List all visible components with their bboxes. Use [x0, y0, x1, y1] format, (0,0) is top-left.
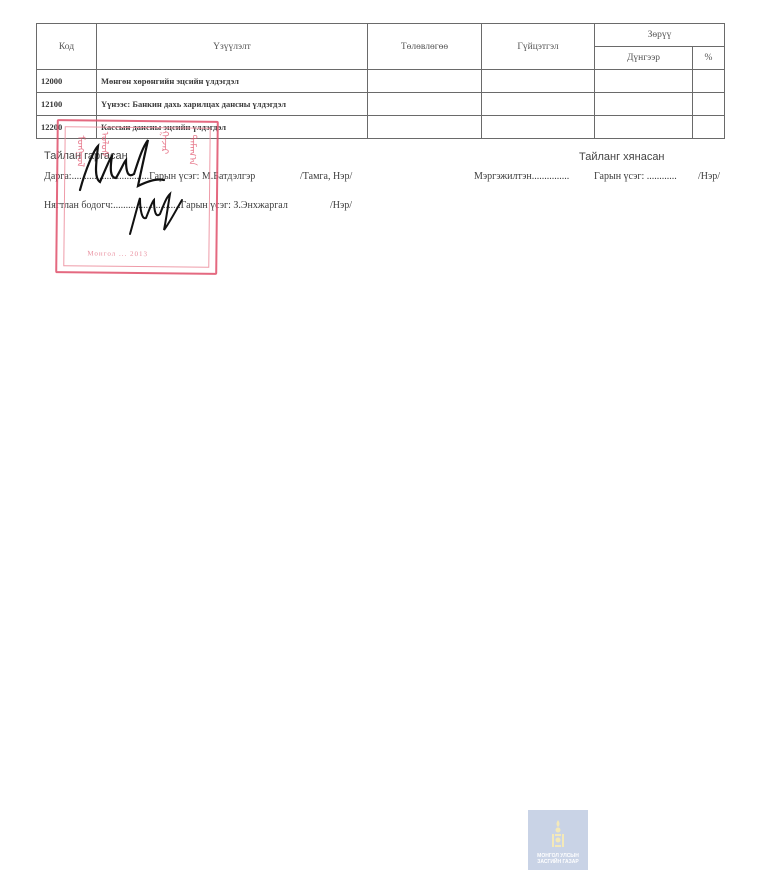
table-row: 12000 Мөнгөн хөрөнгийн эцсийн үлдэгдэл [37, 70, 725, 93]
row-plan [368, 70, 482, 93]
director-signature-icon [76, 138, 166, 198]
logo-text: МОНГОЛ УЛСЫН ЗАСГИЙН ГАЗАР [537, 853, 579, 865]
reviewed-by-title: Тайланг хянасан [579, 151, 665, 163]
row-actual [482, 116, 595, 139]
logo-line-2: ЗАСГИЙН ГАЗАР [537, 859, 579, 865]
row-plan [368, 116, 482, 139]
mongolian-script-icon: ᠲᠠᠮᠠᠭ᠎ᠠ [186, 135, 196, 166]
accountant-signature-icon [126, 190, 186, 240]
government-logo: МОНГОЛ УЛСЫН ЗАСГИЙН ГАЗАР [528, 810, 588, 870]
row-amount [595, 116, 693, 139]
header-difference: Зөрүү [595, 24, 725, 47]
header-plan: Төлөвлөгөө [368, 24, 482, 70]
accountant-suffix: /Нэр/ [330, 200, 352, 211]
header-amount: Дүнгээр [595, 47, 693, 70]
specialist-sign: Гарын үсэг: ............ [594, 171, 677, 182]
row-code: 12000 [37, 70, 97, 93]
header-actual: Гүйцэтгэл [482, 24, 595, 70]
specialist-suffix: /Нэр/ [698, 171, 720, 182]
row-percent [693, 70, 725, 93]
row-percent [693, 93, 725, 116]
specialist-line: Мэргэжилтэн............... [474, 171, 569, 182]
row-amount [595, 93, 693, 116]
header-percent: % [693, 47, 725, 70]
row-plan [368, 93, 482, 116]
row-actual [482, 70, 595, 93]
soyombo-emblem-icon [550, 819, 566, 849]
stamp-text: Монгол ... 2013 [87, 249, 148, 258]
document-page: Код Үзүүлэлт Төлөвлөгөө Гүйцэтгэл Зөрүү … [0, 0, 776, 895]
row-amount [595, 70, 693, 93]
row-indicator: Мөнгөн хөрөнгийн эцсийн үлдэгдэл [97, 70, 368, 93]
header-code: Код [37, 24, 97, 70]
row-code: 12100 [37, 93, 97, 116]
row-actual [482, 93, 595, 116]
header-indicator: Үзүүлэлт [97, 24, 368, 70]
table-row: 12100 Үүнээс: Банкин дахь харилцах дансн… [37, 93, 725, 116]
director-suffix: /Тамга, Нэр/ [300, 171, 352, 182]
row-percent [693, 116, 725, 139]
row-indicator: Үүнээс: Банкин дахь харилцах дансны үлдэ… [97, 93, 368, 116]
